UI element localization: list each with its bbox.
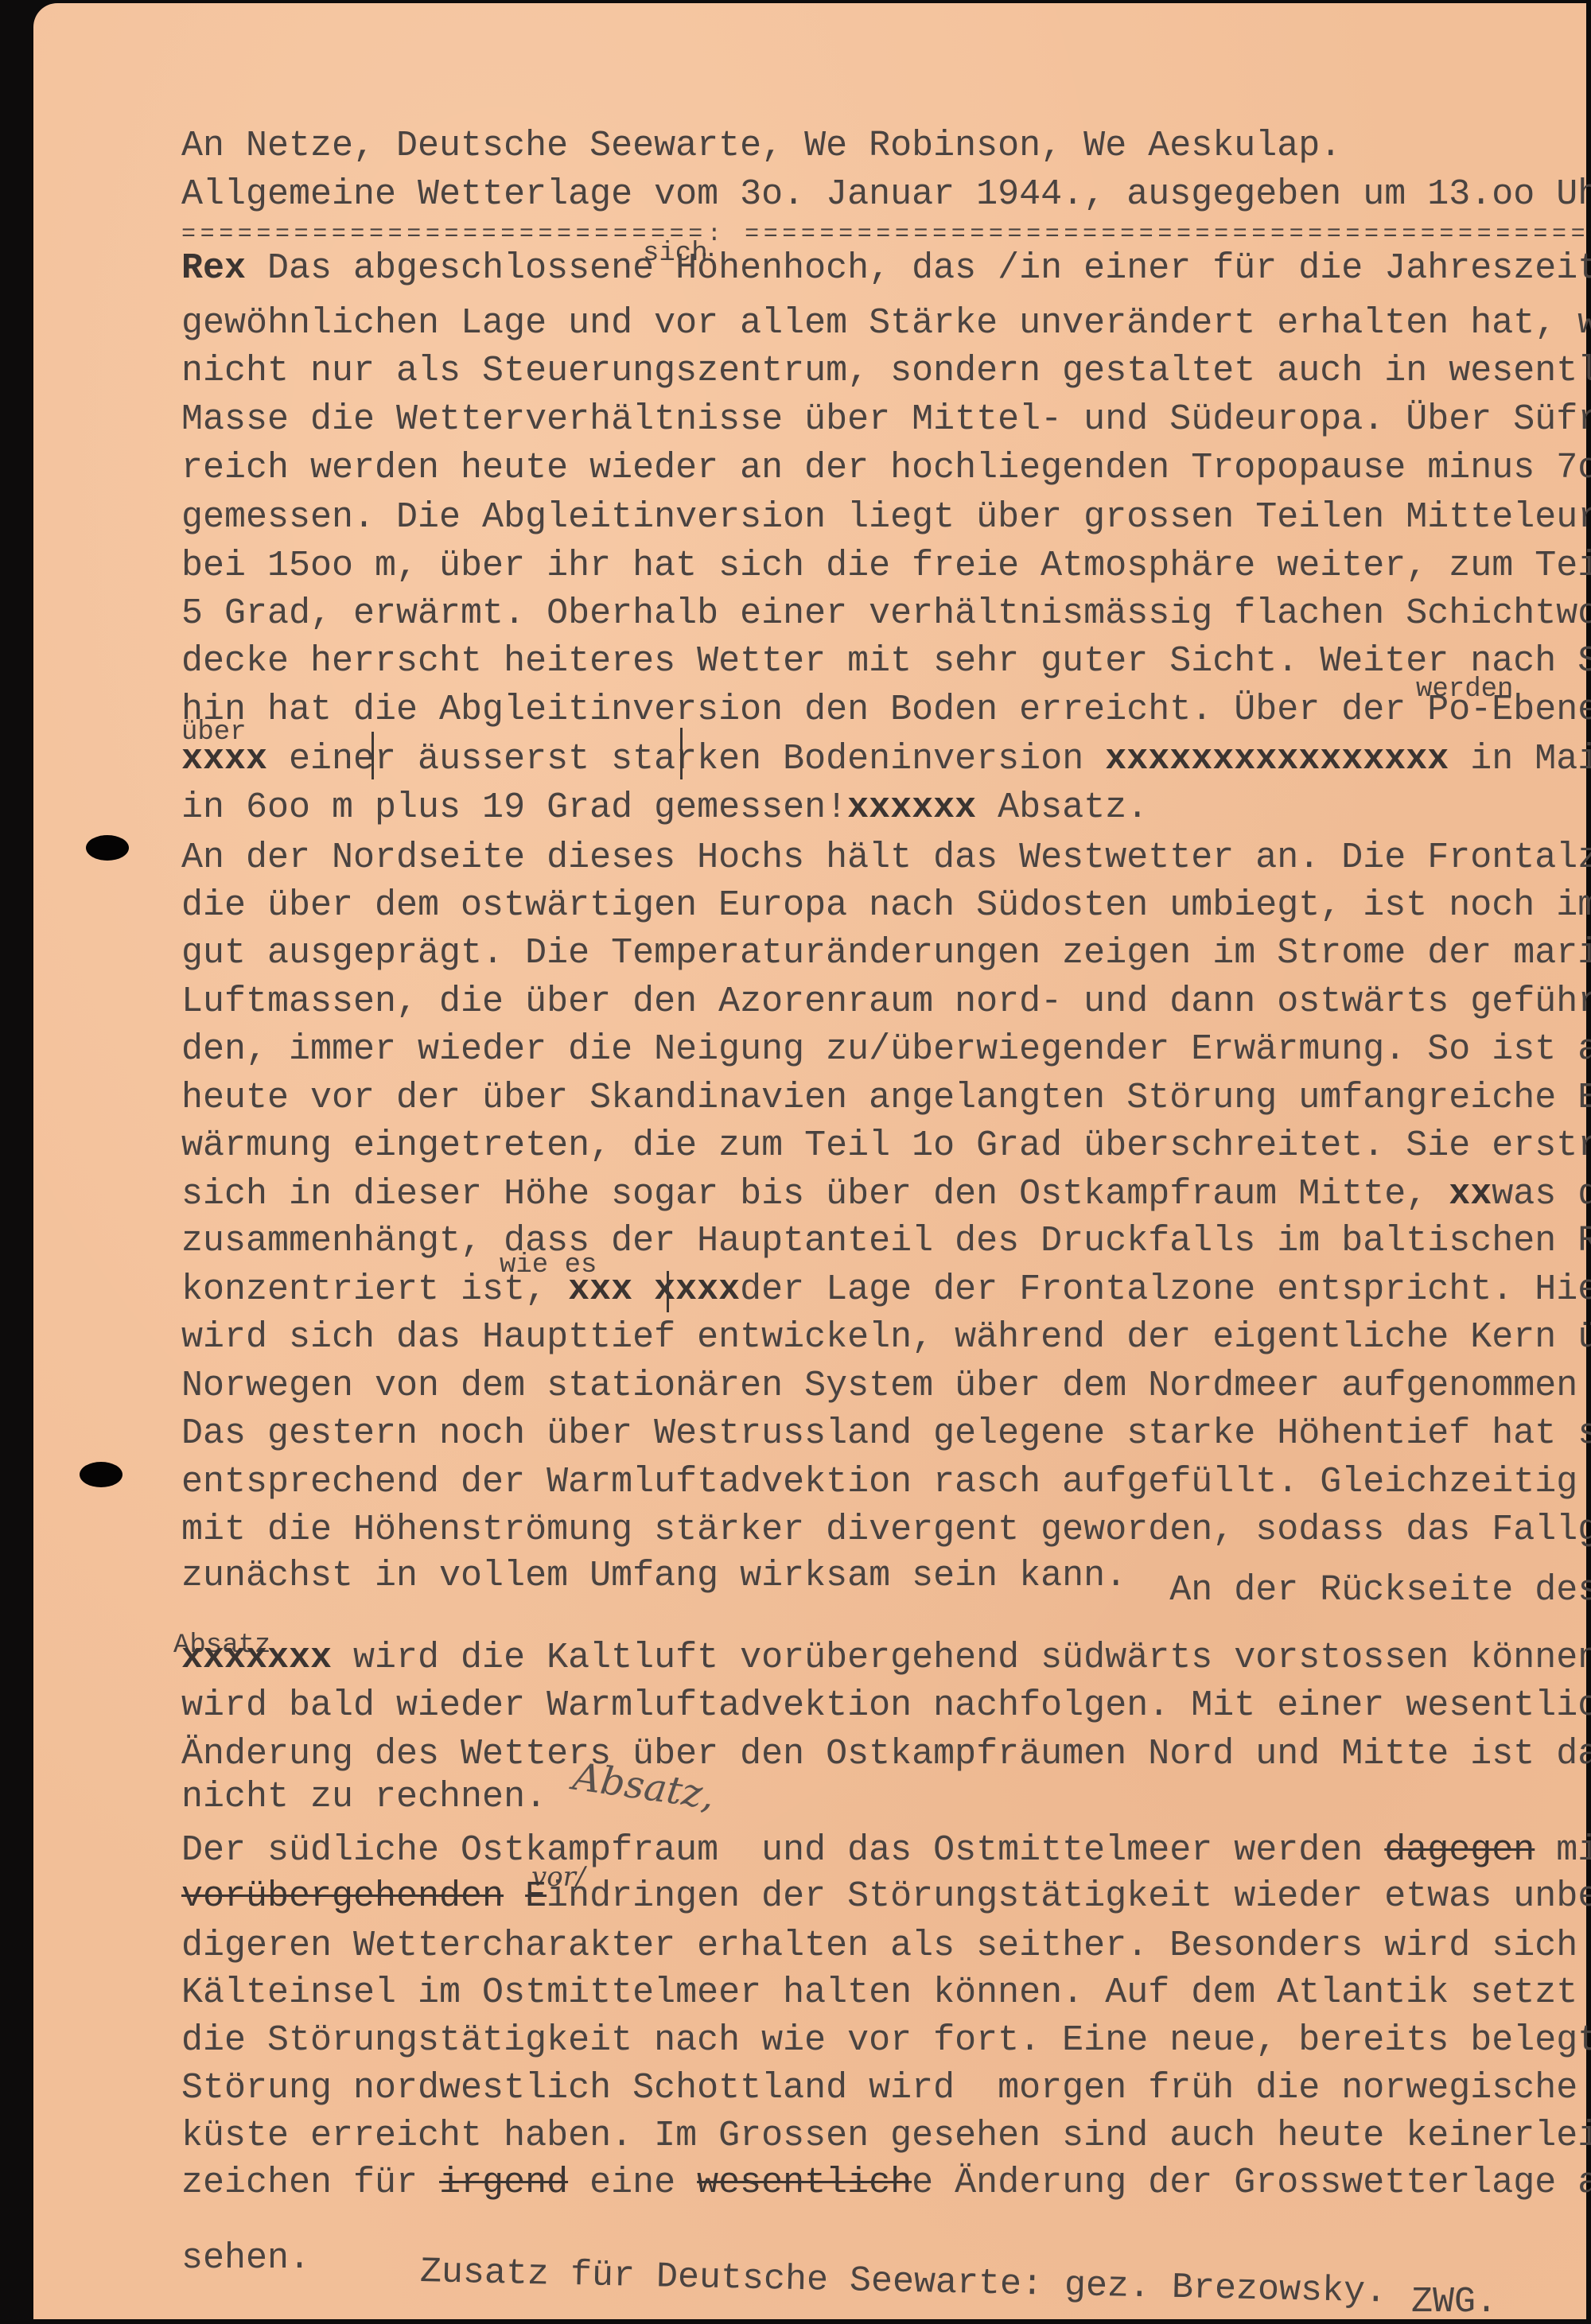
line-text: konzentriert ist, (181, 1269, 568, 1310)
body-line-33: Der südliche Ostkampfraum und das Ostmit… (181, 1831, 1591, 1871)
struck-text: wesentlich (697, 2163, 912, 2203)
line-text: was damit (1492, 1174, 1591, 1214)
initials: ZWG. (1411, 2283, 1497, 2322)
punch-hole-top (86, 835, 129, 861)
body-line-35: digeren Wettercharakter erhalten als sei… (181, 1926, 1591, 1966)
body-line-22: konzentriert ist, xxx xxxxder Lage der F… (181, 1270, 1591, 1310)
body-line-38: Störung nordwestlich Schottland wird mor… (181, 2069, 1591, 2108)
insertion-mark (680, 728, 683, 779)
body-line-26: entsprechend der Warmluftadvektion rasch… (181, 1463, 1591, 1502)
body-line-12: in 6oo m plus 19 Grad gemessen!xxxxxx Ab… (181, 788, 1148, 828)
body-line-37: die Störungstätigkeit nach wie vor fort.… (181, 2021, 1591, 2061)
body-line-3: nicht nur als Steuerungszentrum, sondern… (181, 352, 1591, 391)
body-line-5: reich werden heute wieder an der hochlie… (181, 449, 1591, 488)
line-text: eine (568, 2163, 697, 2203)
body-line-6: gemessen. Die Abgleitinversion liegt übe… (181, 498, 1591, 538)
line-text: der Lage der Frontalzone entspricht. Hie… (740, 1269, 1591, 1310)
report-title: Allgemeine Wetterlage vom 3o. Januar 194… (181, 175, 1591, 215)
struck-text: xx (1449, 1174, 1492, 1214)
line-text: sich in dieser Höhe sogar bis über den O… (181, 1174, 1449, 1214)
line-text: zeichen für (181, 2163, 439, 2203)
body-line-20: sich in dieser Höhe sogar bis über den O… (181, 1175, 1591, 1214)
body-line-27: mit die Höhenströmung stärker divergent … (181, 1510, 1591, 1550)
body-line-1: Rex Das abgeschlossene Höhenhoch, das /i… (181, 249, 1591, 289)
struck-text: irgend (439, 2163, 568, 2203)
line-text: in Mailand (1449, 739, 1591, 779)
line-text: mit dem (1535, 1830, 1591, 1871)
line-text: indringen der Störungstätigkeit wieder e… (547, 1876, 1591, 1917)
insertion-mark (667, 1271, 669, 1312)
body-line-10: hin hat die Abgleitinversion den Boden e… (181, 690, 1591, 730)
body-line-8: 5 Grad, erwärmt. Oberhalb einer verhältn… (181, 594, 1591, 634)
struck-text: vorübergehenden (181, 1876, 504, 1917)
body-line-25: Das gestern noch über Westrussland geleg… (181, 1414, 1591, 1454)
body-line-31: Änderung des Wetters über den Ostkampfrä… (181, 1735, 1591, 1774)
body-line-15: gut ausgeprägt. Die Temperaturänderungen… (181, 934, 1591, 974)
body-line-34: vorübergehenden Eindringen der Störungst… (181, 1877, 1591, 1917)
body-line-16: Luftmassen, die über den Azorenraum nord… (181, 982, 1591, 1022)
insertion-mark (371, 732, 374, 779)
struck-text: xxx xxxx (568, 1269, 740, 1310)
struck-text: dagegen (1384, 1830, 1535, 1871)
body-line-14: die über dem ostwärtigen Europa nach Süd… (181, 886, 1591, 926)
punch-hole-bottom (80, 1462, 123, 1487)
body-line-11: xxxx einer äusserst starken Bodeninversi… (181, 740, 1591, 779)
body-line-17: den, immer wieder die Neigung zu/überwie… (181, 1030, 1591, 1070)
struck-text: E (525, 1876, 547, 1917)
body-line-18: heute vor der über Skandinavien angelang… (181, 1078, 1591, 1118)
body-line-7: bei 15oo m, über ihr hat sich die freie … (181, 546, 1591, 586)
body-line-28: zunächst in vollem Umfang wirksam sein k… (181, 1556, 1591, 1596)
body-line-30: wird bald wieder Warmluftadvektion nachf… (181, 1686, 1591, 1726)
struck-text: xxxx (181, 739, 267, 779)
body-line-40: zeichen für irgend eine wesentliche Ände… (181, 2163, 1591, 2203)
line-text: in 6oo m plus 19 Grad gemessen! (181, 787, 847, 828)
line-text: Das abgeschlossene Höhenhoch, das /in ei… (246, 248, 1591, 289)
body-line-19: wärmung eingetreten, die zum Teil 1o Gra… (181, 1126, 1591, 1166)
line-text: zunächst in vollem Umfang wirksam sein k… (181, 1556, 1126, 1596)
body-line-4: Masse die Wetterverhältnisse über Mittel… (181, 400, 1591, 440)
body-line-39: küste erreicht haben. Im Grossen gesehen… (181, 2116, 1591, 2156)
line-text: hin hat die Abgleitinversion den Boden e… (181, 690, 1591, 730)
struck-text: xxxxxxxxxxxxxxxx (1105, 739, 1449, 779)
line-text: Absatz. (976, 787, 1148, 828)
struck-text: xxxxxxx (181, 1638, 332, 1678)
line-text: wird die Kaltluft vorübergehend südwärts… (332, 1638, 1591, 1678)
line-text: e Änderung der Grosswetterlage abzu- (912, 2163, 1591, 2203)
body-line-29: xxxxxxx wird die Kaltluft vorübergehend … (181, 1638, 1591, 1678)
body-line-9: decke herrscht heiteres Wetter mit sehr … (181, 642, 1591, 682)
body-line-23: wird sich das Haupttief entwickeln, währ… (181, 1318, 1591, 1358)
body-line-32: nicht zu rechnen. (181, 1778, 547, 1817)
body-line-13: An der Nordseite dieses Hochs hält das W… (181, 838, 1591, 878)
struck-text: xxxxxx (847, 787, 976, 828)
body-line-2: gewöhnlichen Lage und vor allem Stärke u… (181, 304, 1591, 344)
body-line-36: Kälteinsel im Ostmittelmeer halten könne… (181, 1973, 1591, 2013)
body-line-41: sehen. (181, 2239, 310, 2279)
body-line-24: Norwegen von dem stationären System über… (181, 1366, 1591, 1406)
struck-text: Rex (181, 248, 246, 289)
line-text: einer äusserst starken Bodeninversion (267, 739, 1105, 779)
line-text (504, 1876, 525, 1917)
body-line-21: zusammenhängt, dass der Hauptanteil des … (181, 1222, 1591, 1261)
line-text: Der südliche Ostkampfraum und das Ostmit… (181, 1830, 1384, 1871)
recipients-line: An Netze, Deutsche Seewarte, We Robinson… (181, 126, 1341, 166)
line-text: An der Rückseite des Tiefs (1126, 1570, 1591, 1611)
